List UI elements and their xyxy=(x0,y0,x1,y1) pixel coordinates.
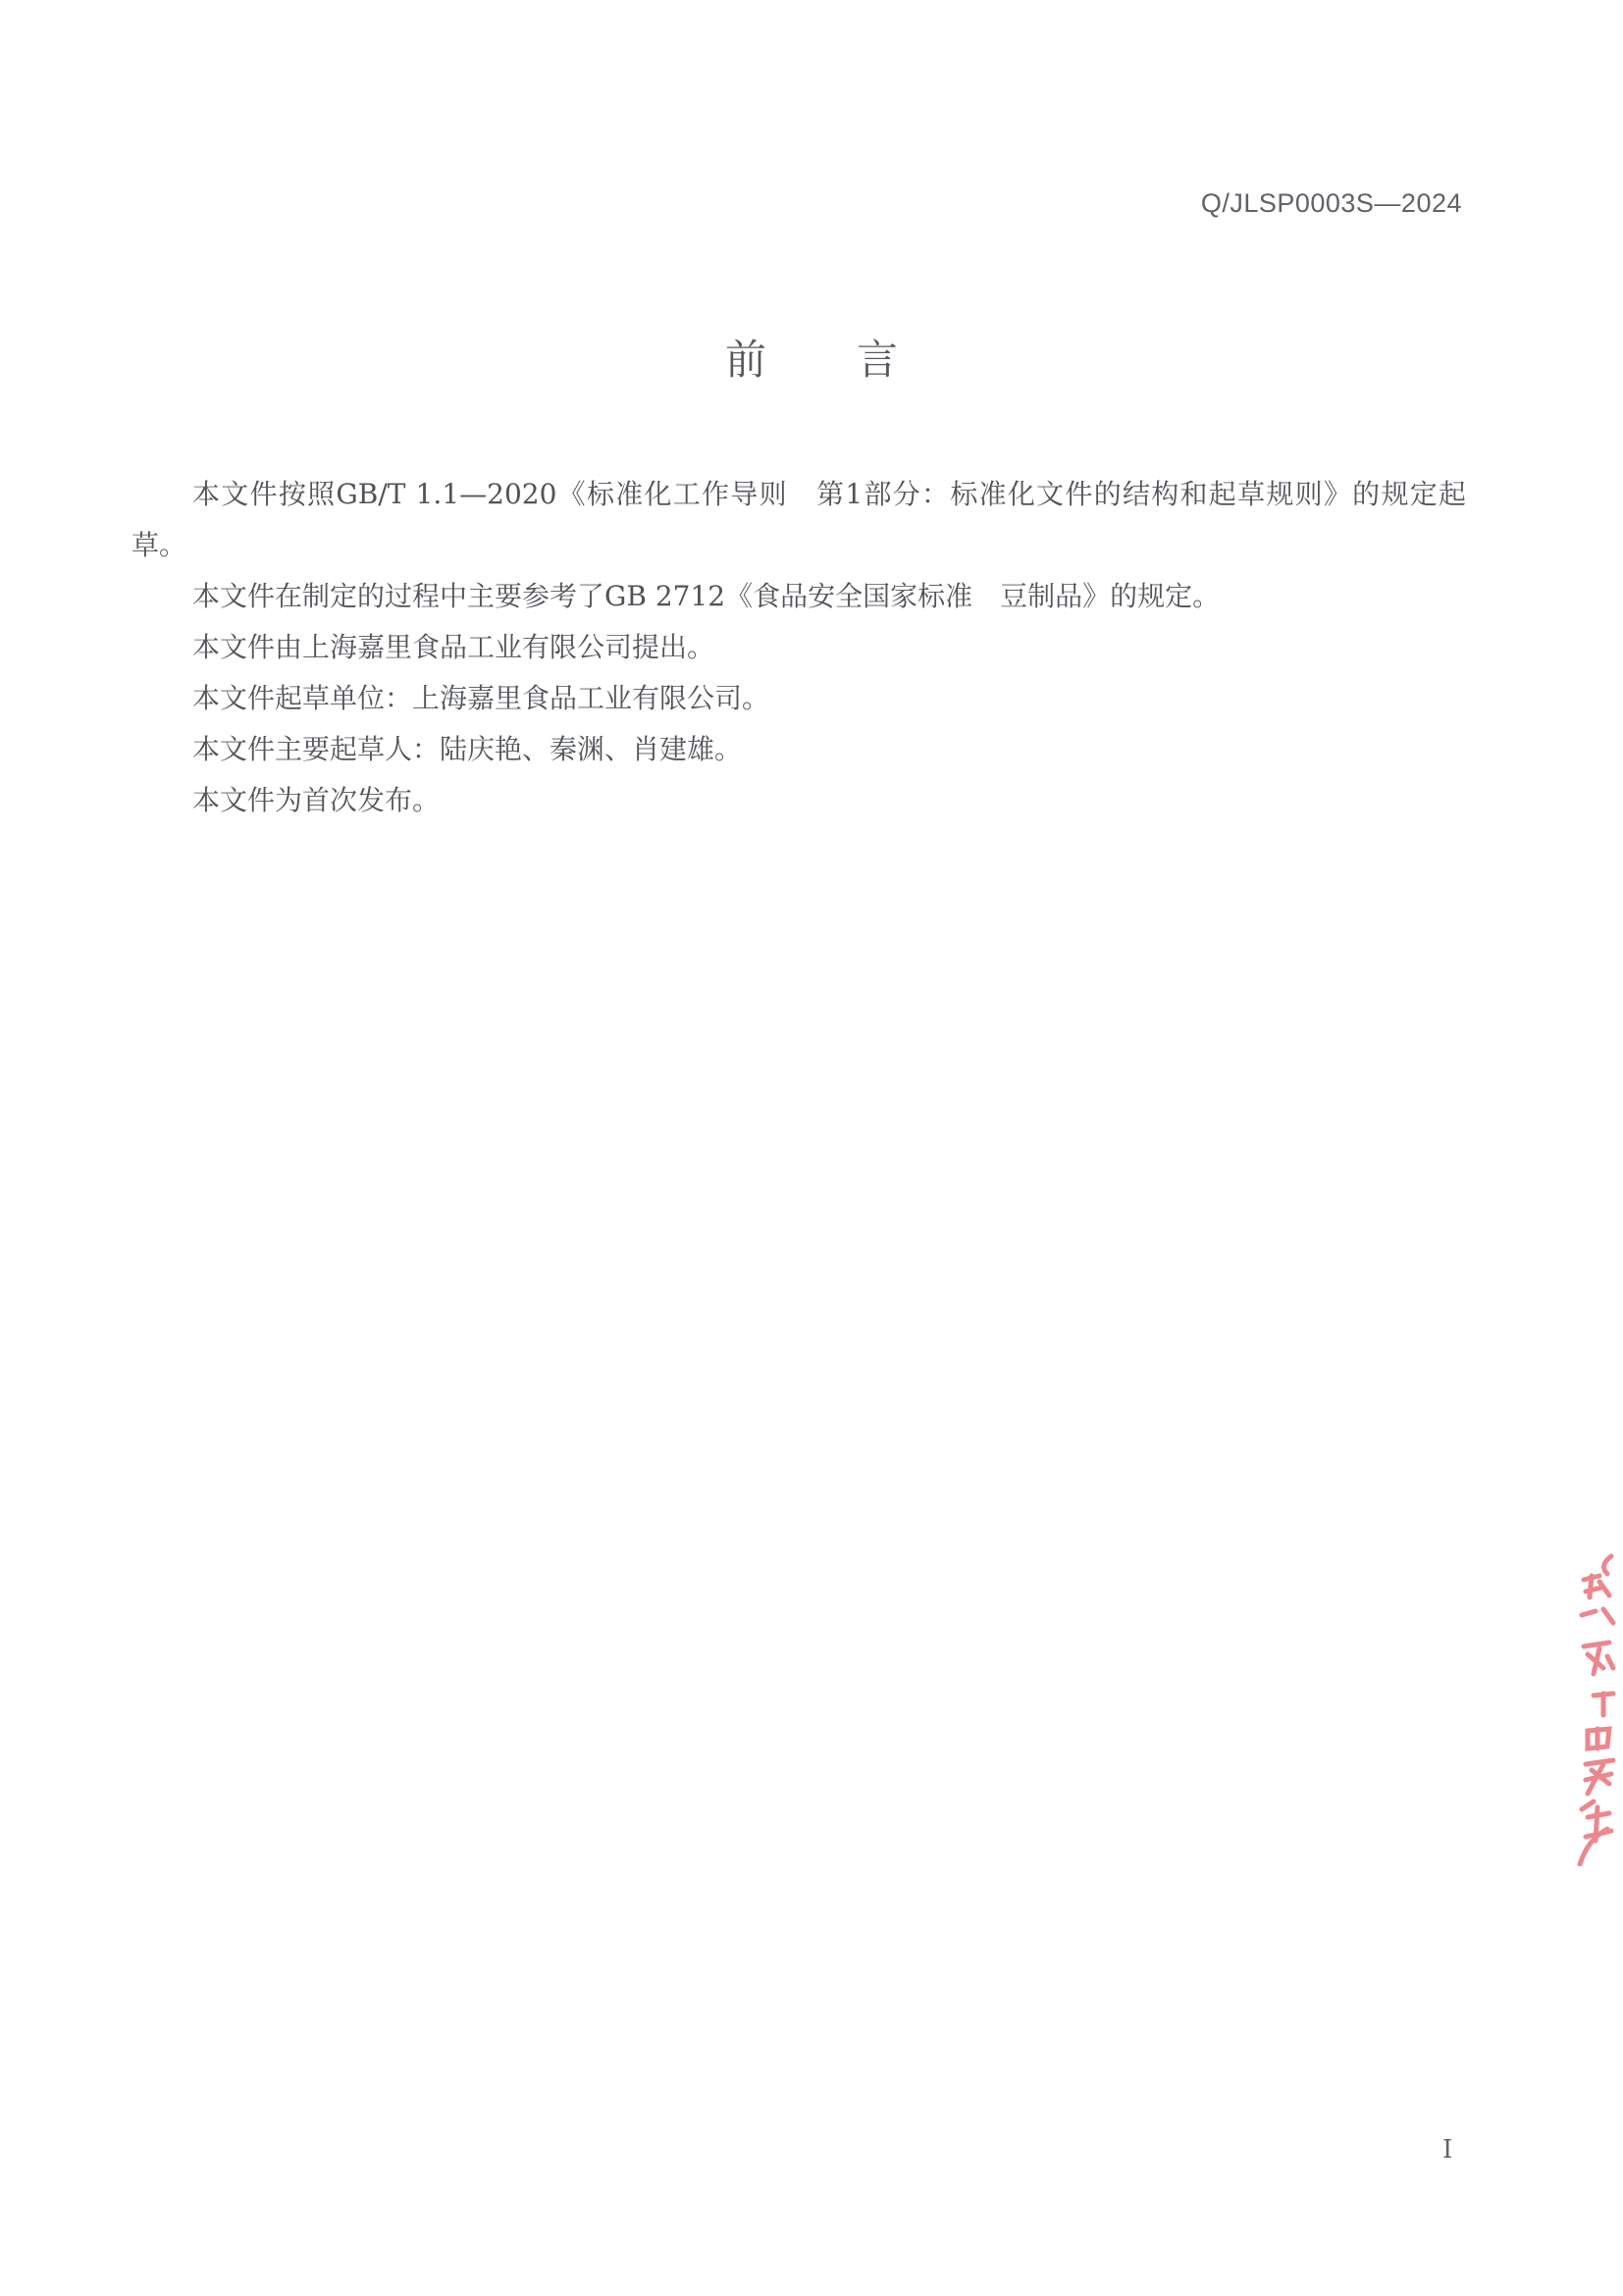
title-char-1: 前 xyxy=(725,328,766,387)
paragraph-drafters: 本文件主要起草人：陆庆艳、秦渊、肖建雄。 xyxy=(131,724,1466,775)
paragraph-drafting-unit: 本文件起草单位：上海嘉里食品工业有限公司。 xyxy=(131,673,1466,724)
foreword-body: 本文件按照GB/T 1.1—2020《标准化工作导则 第1部分：标准化文件的结构… xyxy=(131,469,1466,826)
paragraph-reference-standard: 本文件在制定的过程中主要参考了GB 2712《食品安全国家标准 豆制品》的规定。 xyxy=(131,571,1466,622)
company-seal-stamp xyxy=(1574,1552,1619,1866)
page-number: I xyxy=(1442,2135,1452,2165)
paragraph-drafting-rules: 本文件按照GB/T 1.1—2020《标准化工作导则 第1部分：标准化文件的结构… xyxy=(131,469,1466,571)
page-title: 前言 xyxy=(0,328,1623,387)
paragraph-proposer: 本文件由上海嘉里食品工业有限公司提出。 xyxy=(131,622,1466,673)
document-code: Q/JLSP0003S—2024 xyxy=(1201,188,1462,219)
title-char-2: 言 xyxy=(857,328,898,387)
seal-fragment-icon xyxy=(1574,1552,1619,1866)
paragraph-first-release: 本文件为首次发布。 xyxy=(131,775,1466,826)
